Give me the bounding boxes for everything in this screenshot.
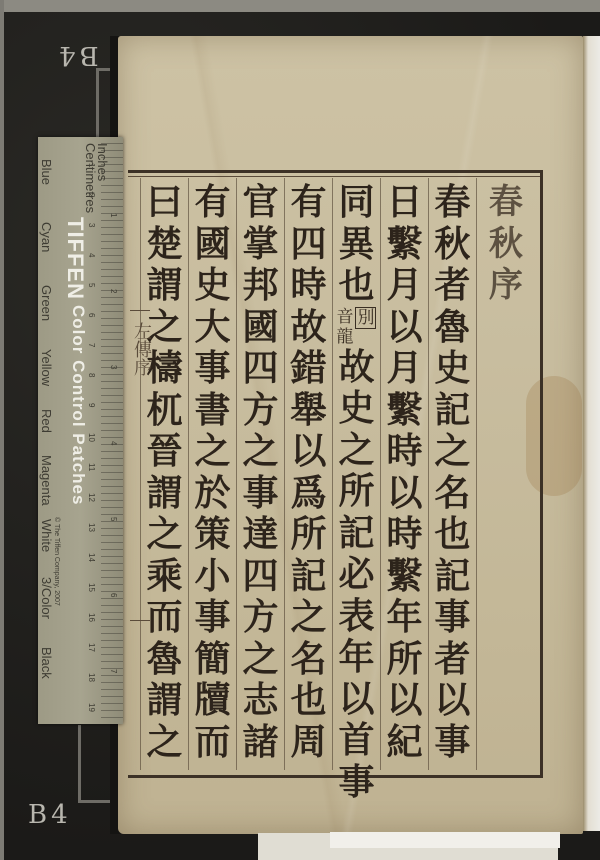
char: 之 <box>147 514 183 556</box>
char: 之 <box>195 431 231 473</box>
char: 於 <box>195 473 231 515</box>
patch-yellow: Yellow <box>39 349 54 386</box>
char: 所 <box>338 471 374 513</box>
char: 有 <box>195 182 231 224</box>
char: 之 <box>242 431 278 473</box>
char: 表 <box>338 596 374 638</box>
slot-label-bottom: B4 <box>28 800 72 830</box>
char: 四 <box>290 224 326 266</box>
inch-tick: 3 <box>109 365 118 369</box>
char: 之 <box>242 639 278 681</box>
cm-tick: 2 <box>87 193 96 197</box>
cm-tick: 5 <box>87 283 96 287</box>
char: 簡 <box>195 639 231 681</box>
char: 之 <box>338 430 374 472</box>
char: 也 <box>338 265 374 307</box>
paper-label <box>330 832 560 848</box>
char: 月 <box>386 265 422 307</box>
char: 謂 <box>147 473 183 515</box>
inch-tick: 7 <box>109 669 118 673</box>
char: 時 <box>386 431 422 473</box>
margin-title-text: 左傳序 <box>130 322 152 376</box>
char: 秋 <box>489 224 523 266</box>
char: 有 <box>290 182 326 224</box>
char: 也 <box>434 514 470 556</box>
char: 四 <box>242 556 278 598</box>
char: 春 <box>489 182 523 224</box>
char: 以 <box>434 680 470 722</box>
text-column: 日 繫 月 以 月 繫 時 以 時 繫 年 所 以 紀 <box>380 178 428 770</box>
char: 策 <box>195 514 231 556</box>
scanner-edge-top <box>0 0 600 12</box>
char: 者 <box>434 639 470 681</box>
patch-cyan: Cyan <box>39 222 54 252</box>
margin-title: 左傳序 <box>130 322 152 376</box>
cm-tick: 11 <box>87 463 96 471</box>
text-column: 官 掌 邦 國 四 方 之 事 達 四 方 之 志 諸 <box>236 178 284 770</box>
scanner-edge-left <box>0 0 4 860</box>
char: 以 <box>338 679 374 721</box>
char: 史 <box>338 388 374 430</box>
char: 志 <box>242 680 278 722</box>
inch-tick: 5 <box>109 517 118 521</box>
text-block-inner-rule <box>128 176 540 177</box>
char: 也 <box>290 680 326 722</box>
cm-tick: 6 <box>87 313 96 317</box>
char: 國 <box>195 224 231 266</box>
pronunciation-note: 別 音 龍 <box>336 307 376 347</box>
patch-black: Black <box>39 647 54 679</box>
char: 之 <box>147 722 183 764</box>
char: 錯 <box>290 348 326 390</box>
margin-rule-top <box>130 310 150 311</box>
char: 乘 <box>147 556 183 598</box>
char: 記 <box>290 556 326 598</box>
cm-tick: 8 <box>87 373 96 377</box>
char: 故 <box>338 347 374 389</box>
char: 時 <box>290 265 326 307</box>
char: 者 <box>434 265 470 307</box>
char: 魯 <box>147 639 183 681</box>
char: 事 <box>195 348 231 390</box>
char: 爲 <box>290 473 326 515</box>
cm-tick: 19 <box>87 703 96 712</box>
cm-tick: 13 <box>87 523 96 532</box>
char: 繫 <box>386 390 422 432</box>
char: 事 <box>195 597 231 639</box>
slot-label-top: B4 <box>55 40 99 70</box>
char: 史 <box>195 265 231 307</box>
char: 所 <box>386 639 422 681</box>
inch-tick: 2 <box>109 289 118 293</box>
column-title: 春 秋 序 <box>476 178 534 770</box>
char: 方 <box>242 390 278 432</box>
char: 方 <box>242 597 278 639</box>
patch-red: Red <box>39 409 54 433</box>
text-columns: 春 秋 序 春 秋 者 魯 史 記 之 名 也 記 事 者 以 事 日 繫 月 … <box>140 178 534 770</box>
ruler-scale <box>101 137 123 724</box>
char: 記 <box>434 390 470 432</box>
char: 春 <box>434 182 470 224</box>
text-column: 春 秋 者 魯 史 記 之 名 也 記 事 者 以 事 <box>428 178 476 770</box>
char: 事 <box>338 762 374 804</box>
margin-rule-bottom <box>130 620 150 621</box>
text-column: 有 四 時 故 錯 舉 以 爲 所 記 之 名 也 周 <box>284 178 332 770</box>
char: 官 <box>242 182 278 224</box>
char: 首 <box>338 720 374 762</box>
char: 以 <box>386 307 422 349</box>
char: 紀 <box>386 722 422 764</box>
patch-blue: Blue <box>39 159 54 185</box>
cm-tick: 12 <box>87 493 96 502</box>
inch-tick: 6 <box>109 593 118 597</box>
char: 月 <box>386 348 422 390</box>
char: 繫 <box>386 224 422 266</box>
cm-tick: 17 <box>87 643 96 652</box>
char: 同 <box>338 182 374 224</box>
patch-white: White <box>39 519 54 552</box>
char: 邦 <box>242 265 278 307</box>
char: 年 <box>386 597 422 639</box>
tiffen-logo: TIFFEN <box>62 217 88 300</box>
char: 杌 <box>147 390 183 432</box>
char: 日 <box>386 182 422 224</box>
cm-tick: 14 <box>87 553 96 562</box>
cm-tick: 10 <box>87 433 96 442</box>
char: 所 <box>290 514 326 556</box>
char: 異 <box>338 224 374 266</box>
char: 名 <box>290 639 326 681</box>
char: 小 <box>195 556 231 598</box>
char: 以 <box>386 473 422 515</box>
char: 之 <box>434 431 470 473</box>
cm-tick: 7 <box>87 343 96 347</box>
char: 繫 <box>386 556 422 598</box>
char: 記 <box>434 556 470 598</box>
char: 四 <box>242 348 278 390</box>
char: 秋 <box>434 224 470 266</box>
product-name: Color Control Patches <box>68 305 88 505</box>
copyright: © The Tiffen Company, 2007 <box>53 517 60 606</box>
char: 序 <box>489 265 523 307</box>
cm-tick: 3 <box>87 223 96 227</box>
char: 故 <box>290 307 326 349</box>
page-fold-edge <box>583 36 600 831</box>
cm-tick: 9 <box>87 403 96 407</box>
char: 魯 <box>434 307 470 349</box>
char: 之 <box>290 597 326 639</box>
char: 以 <box>386 680 422 722</box>
units-centimetres: Centimetres <box>83 143 98 213</box>
char: 事 <box>242 473 278 515</box>
char: 諸 <box>242 722 278 764</box>
char: 史 <box>434 348 470 390</box>
char: 而 <box>195 722 231 764</box>
char: 名 <box>434 473 470 515</box>
note-char: 音 <box>336 307 353 327</box>
char: 牘 <box>195 680 231 722</box>
char: 書 <box>195 390 231 432</box>
note-char-boxed: 別 <box>355 307 376 329</box>
patch-green: Green <box>39 285 54 321</box>
char: 謂 <box>147 680 183 722</box>
char: 時 <box>386 514 422 556</box>
color-control-strip: Inches Centimetres TIFFEN Color Control … <box>38 137 123 724</box>
inch-tick: 4 <box>109 441 118 445</box>
char: 事 <box>434 597 470 639</box>
char: 記 <box>338 513 374 555</box>
char: 而 <box>147 597 183 639</box>
cm-tick: 16 <box>87 613 96 622</box>
char: 周 <box>290 722 326 764</box>
char: 晉 <box>147 431 183 473</box>
note-char: 龍 <box>336 327 353 347</box>
char: 事 <box>434 722 470 764</box>
char: 謂 <box>147 265 183 307</box>
patch-magenta: Magenta <box>39 455 54 506</box>
text-column: 有 國 史 大 事 書 之 於 策 小 事 簡 牘 而 <box>188 178 236 770</box>
inch-tick: 1 <box>109 213 118 217</box>
text-column: 曰 楚 謂 之 檮 杌 晉 謂 之 乘 而 魯 謂 之 <box>140 178 188 770</box>
char: 以 <box>290 431 326 473</box>
char: 年 <box>338 637 374 679</box>
cm-tick: 4 <box>87 253 96 257</box>
cm-tick: 1 <box>87 163 96 167</box>
text-column: 同 異 也 別 音 龍 故 史 之 所 記 必 表 年 以 首 事 <box>332 178 380 770</box>
char: 大 <box>195 307 231 349</box>
patch-3color: 3/Color <box>39 577 54 619</box>
char: 楚 <box>147 224 183 266</box>
char: 掌 <box>242 224 278 266</box>
cm-tick: 18 <box>87 673 96 682</box>
char: 曰 <box>147 182 183 224</box>
char: 舉 <box>290 390 326 432</box>
char: 必 <box>338 554 374 596</box>
char: 國 <box>242 307 278 349</box>
char: 達 <box>242 514 278 556</box>
cm-tick: 15 <box>87 583 96 592</box>
